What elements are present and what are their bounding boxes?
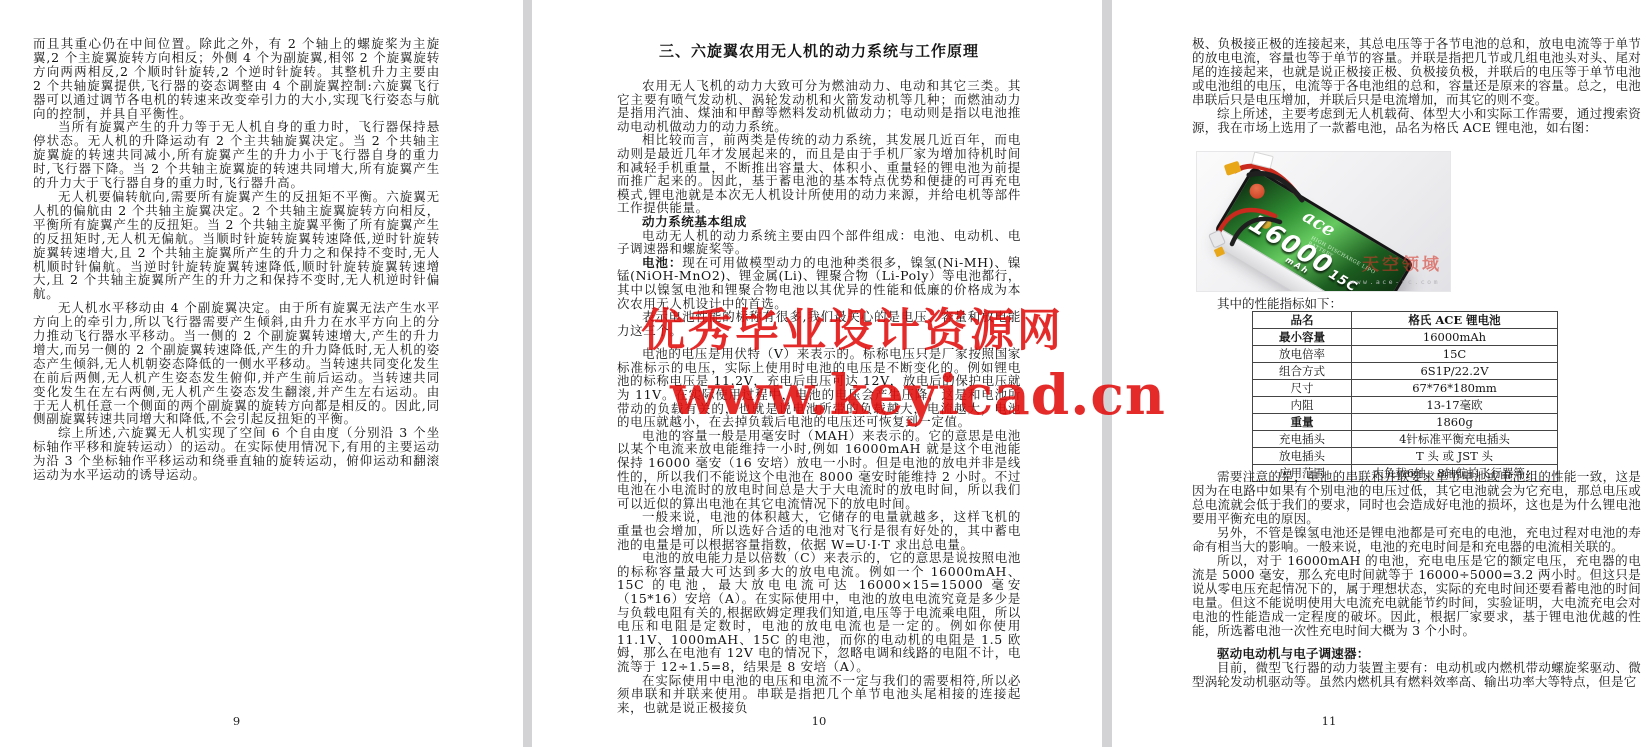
table-row: 品名格氏 ACE 锂电池	[1253, 312, 1558, 329]
paragraph-text: 电池的放电能力是以倍数（C）来表示的，它的意思是说按照电池的标称容量最大可达到多…	[617, 550, 1021, 674]
paragraph-text: 极、负极接正极的连接起来，其总电压等于各节电池的总和，放电电流等于单节的放电电流…	[1192, 36, 1641, 107]
paragraph-text: 电动无人机的动力系统主要由四个部件组成：电池、电动机、电子调速器和螺旋桨等。	[617, 228, 1021, 257]
paragraph: 当所有旋翼产生的升力等于无人机自身的重力时，飞行器保持悬停状态。无人机的升降运动…	[33, 120, 440, 190]
table-row: 放电插头T 头 或 JST 头	[1253, 448, 1558, 465]
paragraph: 所以，对于 16000mAH 的电池，充电电压是它的额定电压，充电器的电流是 5…	[1192, 554, 1641, 638]
spec-value: 1860g	[1352, 414, 1558, 431]
paragraph-text: 电池的电压是用伏特（V）来表示的。标称电压只是厂家按照国家标准标示的电压，实际上…	[617, 346, 1021, 429]
table-row: 组合方式6S1P/22.2V	[1253, 363, 1558, 380]
spec-value: 67*76*180mm	[1352, 380, 1558, 397]
paragraph-text: 相比较而言，前两类是传统的动力系统，其发展几近百年，而电动则是最近几年才发展起来…	[617, 132, 1021, 215]
paragraph: 一般来说，电池的体积越大，它储存的电量就越多，这样飞机的重量也会增加，所以选好合…	[617, 510, 1021, 551]
page-11: 极、负极接正极的连接起来，其总电压等于各节电池的总和，放电电流等于单节的放电电流…	[1112, 0, 1646, 747]
paragraph: 在实际使用中电池的电压和电流不一定与我们的需要相符,所以必须串联和并联来使用。串…	[617, 674, 1021, 715]
table-row: 内阻13-17毫欧	[1253, 397, 1558, 414]
spec-table: 品名格氏 ACE 锂电池最小容量16000mAh放电倍率15C组合方式6S1P/…	[1252, 311, 1558, 482]
paragraph-text: 在实际使用中电池的电压和电流不一定与我们的需要相符,所以必须串联和并联来使用。串…	[617, 673, 1021, 715]
paragraph: 农用无人飞机的动力大致可分为燃油动力、电动和其它三类。其它主要有喷气发动机、涡轮…	[617, 79, 1021, 133]
document-viewer: { "watermark": { "line1": "优秀毕业设计资源网", "…	[0, 0, 1646, 747]
paragraph-text: 而且其重心仍在中间位置。除此之外，有 2 个轴上的螺旋桨为主旋翼,2 个主旋翼旋…	[33, 36, 440, 121]
paragraph-text: 所以，对于 16000mAH 的电池，充电电压是它的额定电压，充电器的电流是 5…	[1192, 553, 1641, 638]
spec-label: 重量	[1253, 414, 1352, 431]
paragraph-text: 另外，不管是镍氢电池还是锂电池都是可充电的电池，充电过程对电池的寿命有相当大的影…	[1192, 525, 1641, 554]
page-divider	[523, 0, 532, 747]
paragraph: 而且其重心仍在中间位置。除此之外，有 2 个轴上的螺旋桨为主旋翼,2 个主旋翼旋…	[33, 37, 440, 120]
paragraph: 综上所述，主要考虑到无人机载荷、体型大小和实际工作需要，通过搜索资源，我在市场上…	[1192, 107, 1641, 135]
spec-label: 品名	[1253, 312, 1352, 329]
paragraph-text: 无人机水平移动由 4 个副旋翼决定。由于所有旋翼无法产生水平方向上的牵引力,所以…	[33, 300, 440, 426]
section-title: 三、六旋翼农用无人机的动力系统与工作原理	[617, 40, 1021, 61]
paragraph: 目前，微型飞行器的动力装置主要有：电动机或内燃机带动螺旋桨驱动、微型涡轮发动机驱…	[1192, 661, 1641, 689]
paragraph-text: 驱动电动机与电子调速器：	[1217, 646, 1369, 661]
paragraph-text: 目前，微型飞行器的动力装置主要有：电动机或内燃机带动螺旋桨驱动、微型涡轮发动机驱…	[1192, 660, 1641, 689]
table-caption: 其中的性能指标如下：	[1192, 294, 1641, 312]
paragraph-text: 无人机要偏转航向,需要所有旋翼产生的反扭矩不平衡。六旋翼无人机的偏航由 2 个共…	[33, 189, 440, 301]
paragraph-text: 当所有旋翼产生的升力等于无人机自身的重力时，飞行器保持悬停状态。无人机的升降运动…	[33, 119, 440, 190]
spec-label: 充电插头	[1253, 431, 1352, 448]
table-row: 充电插头4针标准平衡充电插头	[1253, 431, 1558, 448]
table-row: 尺寸67*76*180mm	[1253, 380, 1558, 397]
spec-label: 放电倍率	[1253, 346, 1352, 363]
spec-value: 13-17毫欧	[1352, 397, 1558, 414]
paragraph: 电池：现在可用做模型动力的电池种类很多，镍氢(Ni-MH)、镍锰(NiOH-Mn…	[617, 256, 1021, 310]
page-11-body-top: 极、负极接正极的连接起来，其总电压等于各节电池的总和，放电电流等于单节的放电电流…	[1192, 37, 1641, 135]
paragraph-text: 综上所述，主要考虑到无人机载荷、体型大小和实际工作需要，通过搜索资源，我在市场上…	[1192, 106, 1641, 135]
paragraph: 表示电池性能的标称有很多,我们最关心的是电压、容量和放电能力这三个。	[617, 310, 1021, 337]
photo-watermark-url: www.ace-rc.com	[1350, 278, 1440, 286]
paragraph: 驱动电动机与电子调速器：	[1192, 647, 1641, 661]
paragraph: 极、负极接正极的连接起来，其总电压等于各节电池的总和，放电电流等于单节的放电电流…	[1192, 37, 1641, 107]
paragraph-text: 需要注意的是，电池的串联和并联要求单节电池或电池组的性能一致，这是因为在电路中如…	[1192, 469, 1641, 526]
page-number: 11	[1112, 714, 1546, 728]
paragraph: 电池的容量一般是用毫安时（MAH）来表示的。它的意思是电池以某个电流来放电能维持…	[617, 429, 1021, 511]
page-number: 9	[33, 714, 440, 728]
paragraph-text: 农用无人飞机的动力大致可分为燃油动力、电动和其它三类。其它主要有喷气发动机、涡轮…	[617, 78, 1021, 134]
page-divider	[1102, 0, 1112, 747]
page-9: 而且其重心仍在中间位置。除此之外，有 2 个轴上的螺旋桨为主旋翼,2 个主旋翼旋…	[0, 0, 523, 747]
spec-value: T 头 或 JST 头	[1352, 448, 1558, 465]
battery-product-photo: ace HIGH DISCHARGE LIPO BATTERY 1600015C…	[1196, 151, 1451, 292]
paragraph-text: 表示电池性能的标称有很多,我们最关心的是电压、容量和放电能力这三个。	[617, 309, 1021, 338]
page-10: 三、六旋翼农用无人机的动力系统与工作原理 农用无人飞机的动力大致可分为燃油动力、…	[532, 0, 1102, 747]
spec-value: 6S1P/22.2V	[1352, 363, 1558, 380]
paragraph: 电动无人机的动力系统主要由四个部件组成：电池、电动机、电子调速器和螺旋桨等。	[617, 229, 1021, 256]
spec-label: 放电插头	[1253, 448, 1352, 465]
spec-label: 尺寸	[1253, 380, 1352, 397]
paragraph-text: 一般来说，电池的体积越大，它储存的电量就越多，这样飞机的重量也会增加，所以选好合…	[617, 509, 1021, 551]
paragraph: 动力系统基本组成	[617, 215, 1021, 229]
paragraph: 电池的放电能力是以倍数（C）来表示的，它的意思是说按照电池的标称容量最大可达到多…	[617, 551, 1021, 673]
paragraph-text: 电池的容量一般是用毫安时（MAH）来表示的。它的意思是电池以某个电流来放电能维持…	[617, 428, 1021, 511]
paragraph: 相比较而言，前两类是传统的动力系统，其发展几近百年，而电动则是最近几年才发展起来…	[617, 133, 1021, 215]
paragraph: 需要注意的是，电池的串联和并联要求单节电池或电池组的性能一致，这是因为在电路中如…	[1192, 470, 1641, 526]
spec-label: 组合方式	[1253, 363, 1352, 380]
table-row: 最小容量16000mAh	[1253, 329, 1558, 346]
spec-value: 4针标准平衡充电插头	[1352, 431, 1558, 448]
paragraph: 无人机要偏转航向,需要所有旋翼产生的反扭矩不平衡。六旋翼无人机的偏航由 2 个共…	[33, 190, 440, 301]
paragraph-text: 综上所述,六旋翼无人机实现了空间 6 个自由度（分别沿 3 个坐标轴作平移和旋转…	[33, 425, 440, 482]
page-10-body: 农用无人飞机的动力大致可分为燃油动力、电动和其它三类。其它主要有喷气发动机、涡轮…	[617, 79, 1021, 714]
page-11-body-bottom: 需要注意的是，电池的串联和并联要求单节电池或电池组的性能一致，这是因为在电路中如…	[1192, 470, 1641, 689]
paragraph: 电池的电压是用伏特（V）来表示的。标称电压只是厂家按照国家标准标示的电压，实际上…	[617, 347, 1021, 429]
paragraph: 综上所述,六旋翼无人机实现了空间 6 个自由度（分别沿 3 个坐标轴作平移和旋转…	[33, 426, 440, 482]
table-row: 放电倍率15C	[1253, 346, 1558, 363]
table-row: 重量1860g	[1253, 414, 1558, 431]
paragraph: 无人机水平移动由 4 个副旋翼决定。由于所有旋翼无法产生水平方向上的牵引力,所以…	[33, 301, 440, 426]
photo-watermark: 天空领域	[1362, 250, 1442, 275]
paragraph: 另外，不管是镍氢电池还是锂电池都是可充电的电池，充电过程对电池的寿命有相当大的影…	[1192, 526, 1641, 554]
spec-value: 15C	[1352, 346, 1558, 363]
spec-label: 最小容量	[1253, 329, 1352, 346]
spec-value: 16000mAh	[1352, 329, 1558, 346]
spec-value: 格氏 ACE 锂电池	[1352, 312, 1558, 329]
page-number: 10	[617, 714, 1021, 728]
spec-label: 内阻	[1253, 397, 1352, 414]
page-9-body: 而且其重心仍在中间位置。除此之外，有 2 个轴上的螺旋桨为主旋翼,2 个主旋翼旋…	[33, 37, 440, 482]
